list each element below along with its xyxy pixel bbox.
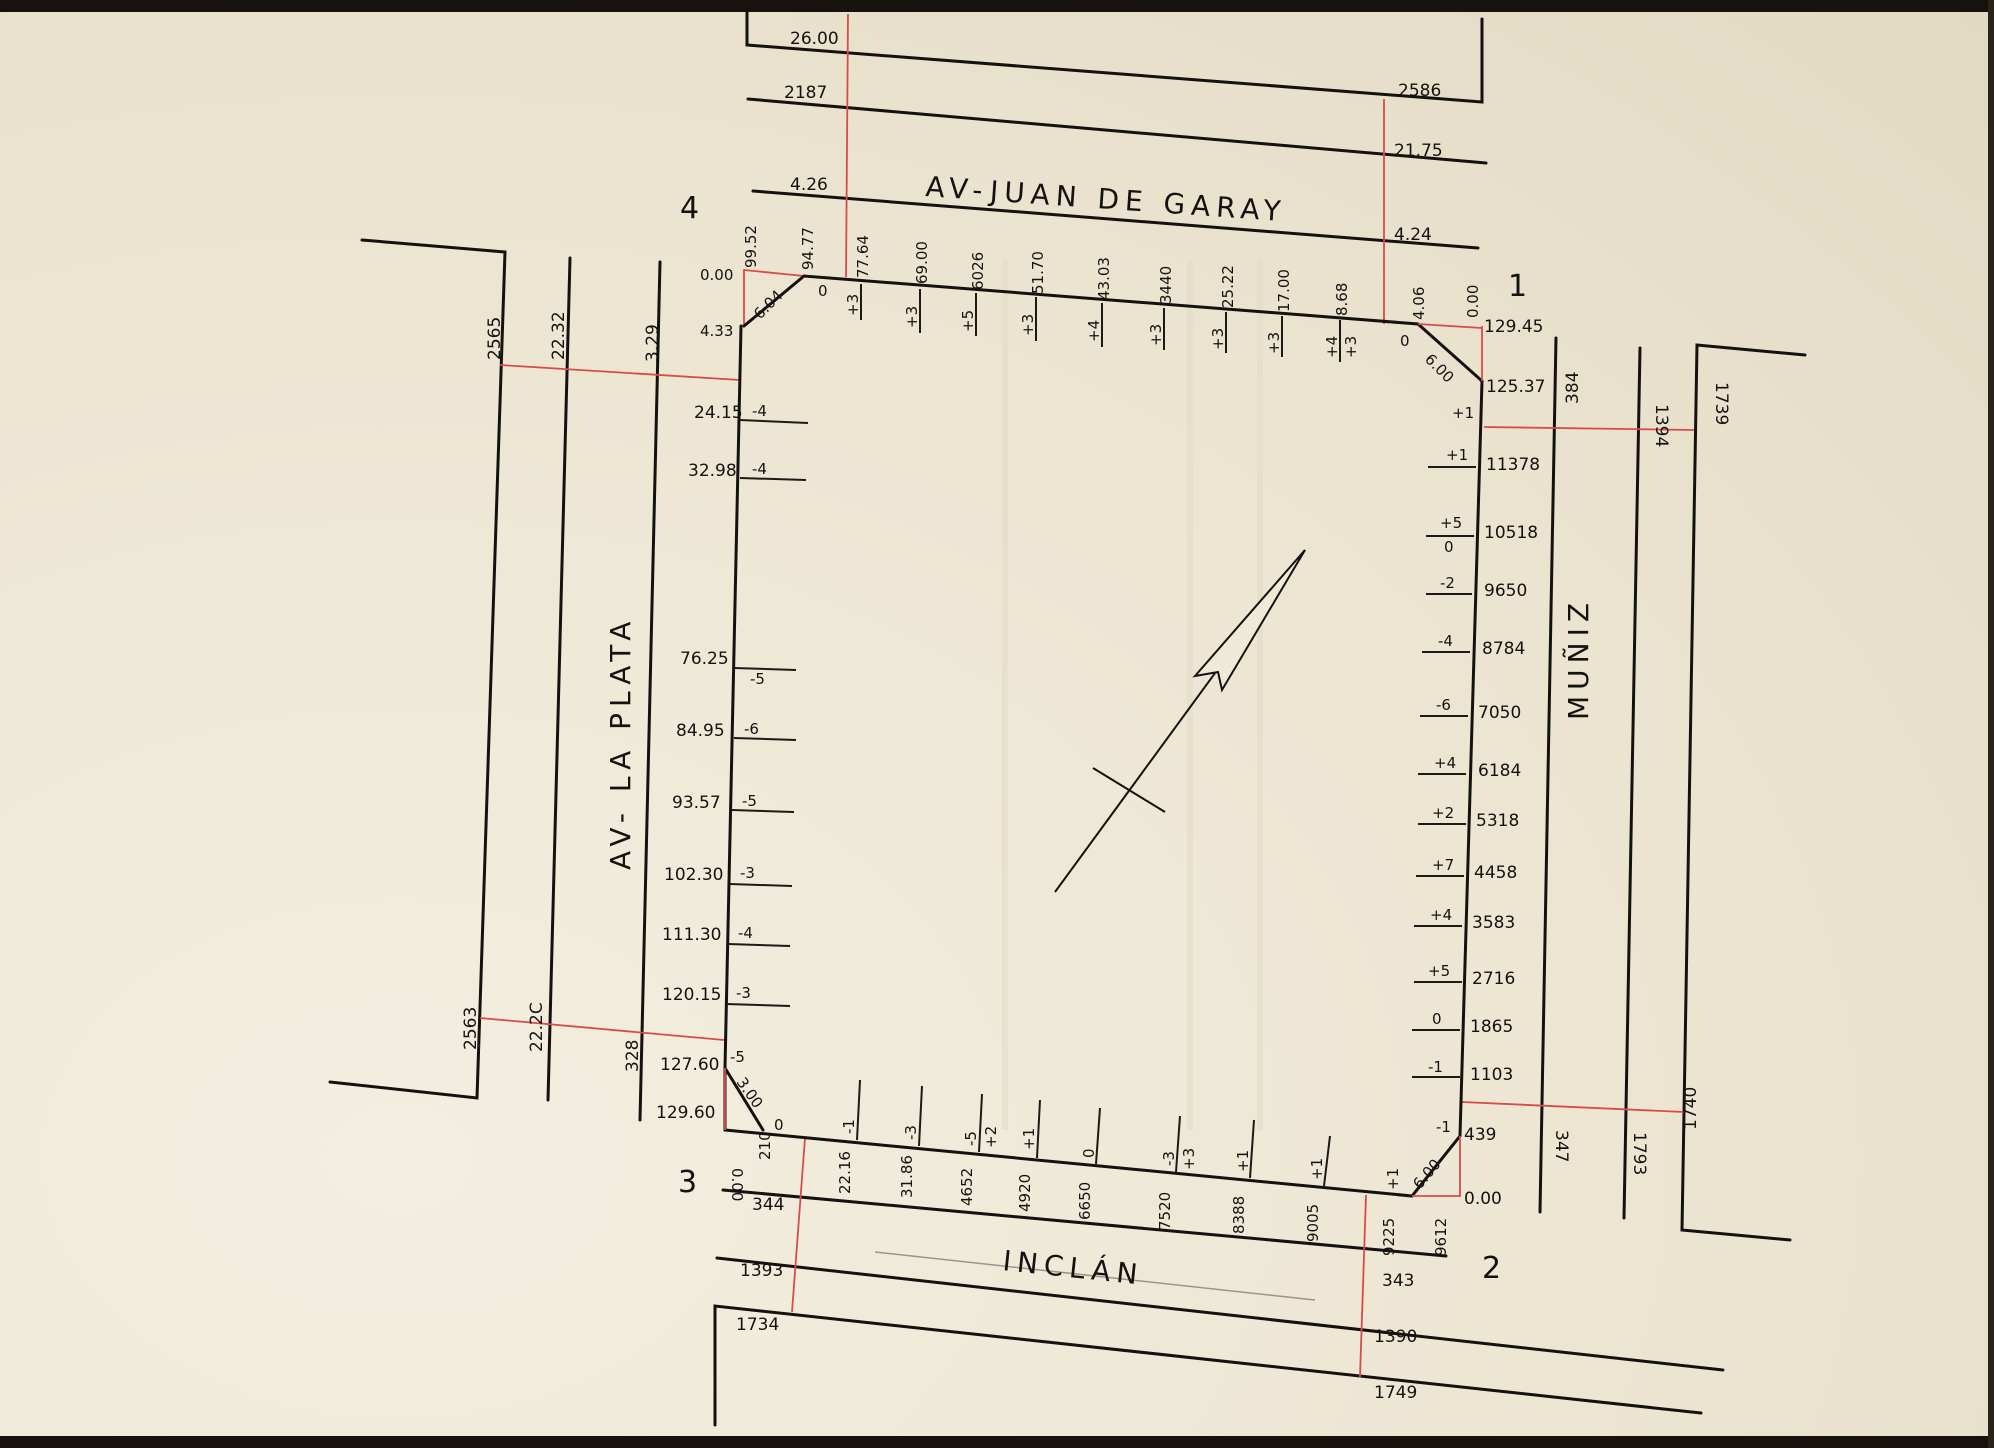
w-tick-level: -3 (736, 984, 751, 1002)
n-tick-level: +3 (1265, 332, 1283, 354)
street-name-south: INCLÁN (1001, 1243, 1145, 1292)
label-w-2232: 22.32 (549, 311, 569, 360)
e-tick-level: +4 (1434, 754, 1456, 772)
label-w-328: 328 (623, 1040, 643, 1072)
label-e-347: 347 (1551, 1130, 1571, 1162)
s-start: 0.00 (728, 1168, 746, 1201)
n-right-end: 0.00 (1464, 285, 1482, 318)
w-tick-level: -4 (752, 460, 767, 478)
w-tick-level: -5 (742, 792, 757, 810)
w-tick-dist: 84.95 (676, 721, 725, 741)
e-chamfer-end: 125.37 (1486, 377, 1545, 397)
label-n-2586: 2586 (1398, 81, 1441, 101)
s-tick-dist: 22.16 (836, 1151, 854, 1194)
e-tick-level: +1 (1452, 404, 1474, 422)
n-start: 0.00 (700, 266, 733, 284)
label-e-384: 384 (1563, 372, 1583, 404)
street-name-east: MUÑIZ (1562, 597, 1595, 720)
n-tick-dist: 43.03 (1095, 257, 1113, 300)
e-tick-level2: 0 (1444, 538, 1454, 556)
w-tick-dist: 24.15 (694, 403, 743, 423)
n-chamfer-start: 99.52 (742, 225, 760, 268)
n-tick-level2: +3 (1342, 336, 1360, 358)
s-tick-dist: 4652 (958, 1168, 976, 1206)
w-tick-dist: 120.15 (662, 985, 721, 1005)
w-tick-level: -6 (744, 720, 759, 738)
s-tick-level: -5 (962, 1131, 980, 1146)
w-corner-start: 127.60 (660, 1055, 719, 1075)
w-tick-dist: 111.30 (662, 925, 721, 945)
e-tick-dist: 2716 (1472, 969, 1515, 989)
w-corner-len: 3.00 (733, 1074, 767, 1112)
plan-drawing: 26.00 2187 4.26 2586 21.75 4.24 AV-JUAN … (0, 0, 1994, 1448)
e-tick-level: -1 (1428, 1058, 1443, 1076)
label-s-1390: 1390 (1374, 1327, 1417, 1347)
w-tick-level: -4 (738, 924, 753, 942)
label-s-1749: 1749 (1374, 1383, 1417, 1403)
n-left-offset: 4.33 (700, 322, 733, 340)
s-tick-dist: 9005 (1304, 1204, 1322, 1242)
n-tick-level: +3 (1019, 314, 1037, 336)
east-ticks (1412, 467, 1476, 1077)
label-s-1734: 1734 (736, 1315, 779, 1335)
e-tick-level: +5 (1428, 962, 1450, 980)
e-tick-level: -6 (1436, 696, 1451, 714)
s-tick-level: +1 (1020, 1128, 1038, 1150)
n-tick-dist: 6026 (969, 252, 987, 290)
s-tick-level2: +3 (1180, 1148, 1198, 1170)
n-right-chamfer-start: 4.06 (1410, 287, 1428, 320)
s-tick-level2: +2 (982, 1126, 1000, 1148)
e-tick-level: +2 (1432, 804, 1454, 822)
e-tick-dist: 3583 (1472, 913, 1515, 933)
paper-folds (1005, 260, 1260, 1130)
e-tick-dist: 4458 (1474, 863, 1517, 883)
n-tick-level: +4 (1085, 320, 1103, 342)
n-tick-level: +3 (1147, 324, 1165, 346)
s-corner-level: 0 (774, 1116, 784, 1134)
n-tick-level: +3 (1209, 328, 1227, 350)
label-w-2563: 2563 (461, 1007, 481, 1050)
s-tick-level: -1 (840, 1119, 858, 1134)
e-tick-dist: 1103 (1470, 1065, 1513, 1085)
label-e-1740: 1740 (1681, 1087, 1701, 1130)
e-corner-level: -1 (1436, 1118, 1451, 1136)
s-tick-level: -3 (902, 1125, 920, 1140)
n-chamfer-end: 94.77 (799, 227, 817, 270)
s-tick-level: +1 (1308, 1158, 1326, 1180)
s-corner-right-end: 9612 (1432, 1218, 1450, 1256)
e-tick-level: +4 (1430, 906, 1452, 924)
w-tick-dist: 76.25 (680, 649, 729, 669)
e-corner-end: 0.00 (1464, 1189, 1502, 1209)
e-tick-dist: 6184 (1478, 761, 1521, 781)
n-tick-dist: 77.64 (854, 235, 872, 278)
n-level-0: 0 (818, 282, 828, 300)
label-n-424: 4.24 (1394, 225, 1432, 245)
label-n-426: 4.26 (790, 175, 828, 195)
w-tick-level: -3 (740, 864, 755, 882)
w-tick-dist: 32.98 (688, 461, 737, 481)
w-tick-dist: 93.57 (672, 793, 721, 813)
w-corner-end: 129.60 (656, 1103, 715, 1123)
e-tick-dist: 8784 (1482, 639, 1525, 659)
label-w-329: 3.29 (643, 324, 663, 362)
n-tick-dist: 25.22 (1219, 265, 1237, 308)
corner-2: 2 (1482, 1251, 1501, 1286)
n-tick-dist: 17.00 (1275, 269, 1293, 312)
w-tick-level: -4 (752, 402, 767, 420)
n-tick-dist: 51.70 (1029, 251, 1047, 294)
s-tick-dist: 6650 (1076, 1182, 1094, 1220)
label-n-26: 26.00 (790, 29, 839, 49)
e-tick-dist: 11378 (1486, 455, 1540, 475)
label-s-1393: 1393 (740, 1261, 783, 1281)
e-tick-level: +7 (1432, 856, 1454, 874)
label-w-2565: 2565 (485, 317, 505, 360)
e-tick-level: -2 (1440, 574, 1455, 592)
w-tick-level: -5 (750, 670, 765, 688)
e-tick-dist: 9650 (1484, 581, 1527, 601)
e-tick-dist: 10518 (1484, 523, 1538, 543)
north-arrow-icon (1055, 550, 1305, 892)
street-name-west: AV- LA PLATA (604, 616, 637, 870)
e-tick-level: +5 (1440, 514, 1462, 532)
n-tick-dist: 8.68 (1333, 283, 1351, 316)
e-tick-dist: 7050 (1478, 703, 1521, 723)
e-tick-level: +1 (1446, 446, 1468, 464)
corner-4: 4 (680, 191, 699, 226)
s-tick-level: 0 (1080, 1148, 1098, 1158)
e-tick-dist: 5318 (1476, 811, 1519, 831)
n-tick-dist: 3440 (1157, 266, 1175, 304)
label-w-222c: 22.2C (527, 1002, 547, 1052)
n-right-level: 0 (1400, 332, 1410, 350)
s-tick-dist: 31.86 (898, 1155, 916, 1198)
n-tick-dist: 69.00 (913, 241, 931, 284)
label-n-2187: 2187 (784, 83, 827, 103)
south-street-lines (715, 1138, 1723, 1425)
s-chamfer-end: 210 (756, 1131, 774, 1160)
n-tick-level: +4 (1323, 336, 1341, 358)
s-corner-right-level: +1 (1384, 1168, 1402, 1190)
s-tick-level: +1 (1234, 1150, 1252, 1172)
e-corner-start: 439 (1464, 1125, 1496, 1145)
n-tick-level: +5 (959, 310, 977, 332)
corner-1: 1 (1508, 269, 1527, 304)
e-tick-dist: 1865 (1470, 1017, 1513, 1037)
label-s-344: 344 (752, 1195, 784, 1215)
n-tick-level: +3 (903, 306, 921, 328)
s-corner-right-start: 9225 (1380, 1218, 1398, 1256)
w-tick-dist: 102.30 (664, 865, 723, 885)
label-s-343: 343 (1382, 1271, 1414, 1291)
corner-3: 3 (678, 1165, 697, 1200)
label-n-2175: 21.75 (1394, 141, 1443, 161)
survey-sheet: 26.00 2187 4.26 2586 21.75 4.24 AV-JUAN … (0, 0, 1994, 1448)
w-corner-level: -5 (730, 1048, 745, 1066)
label-e-1394: 1394 (1651, 404, 1671, 447)
s-tick-dist: 8388 (1230, 1196, 1248, 1234)
lot-outline (725, 270, 1482, 1196)
s-tick-dist: 4920 (1016, 1174, 1034, 1212)
s-tick-dist: 7520 (1156, 1192, 1174, 1230)
e-tick-level: -4 (1438, 632, 1453, 650)
n-tick-level: +3 (844, 294, 862, 316)
s-tick-level: -3 (1160, 1151, 1178, 1166)
label-e-1739: 1739 (1711, 382, 1731, 425)
label-e-1793: 1793 (1629, 1132, 1649, 1175)
e-tick-level: 0 (1432, 1010, 1442, 1028)
e-start: 129.45 (1484, 317, 1543, 337)
